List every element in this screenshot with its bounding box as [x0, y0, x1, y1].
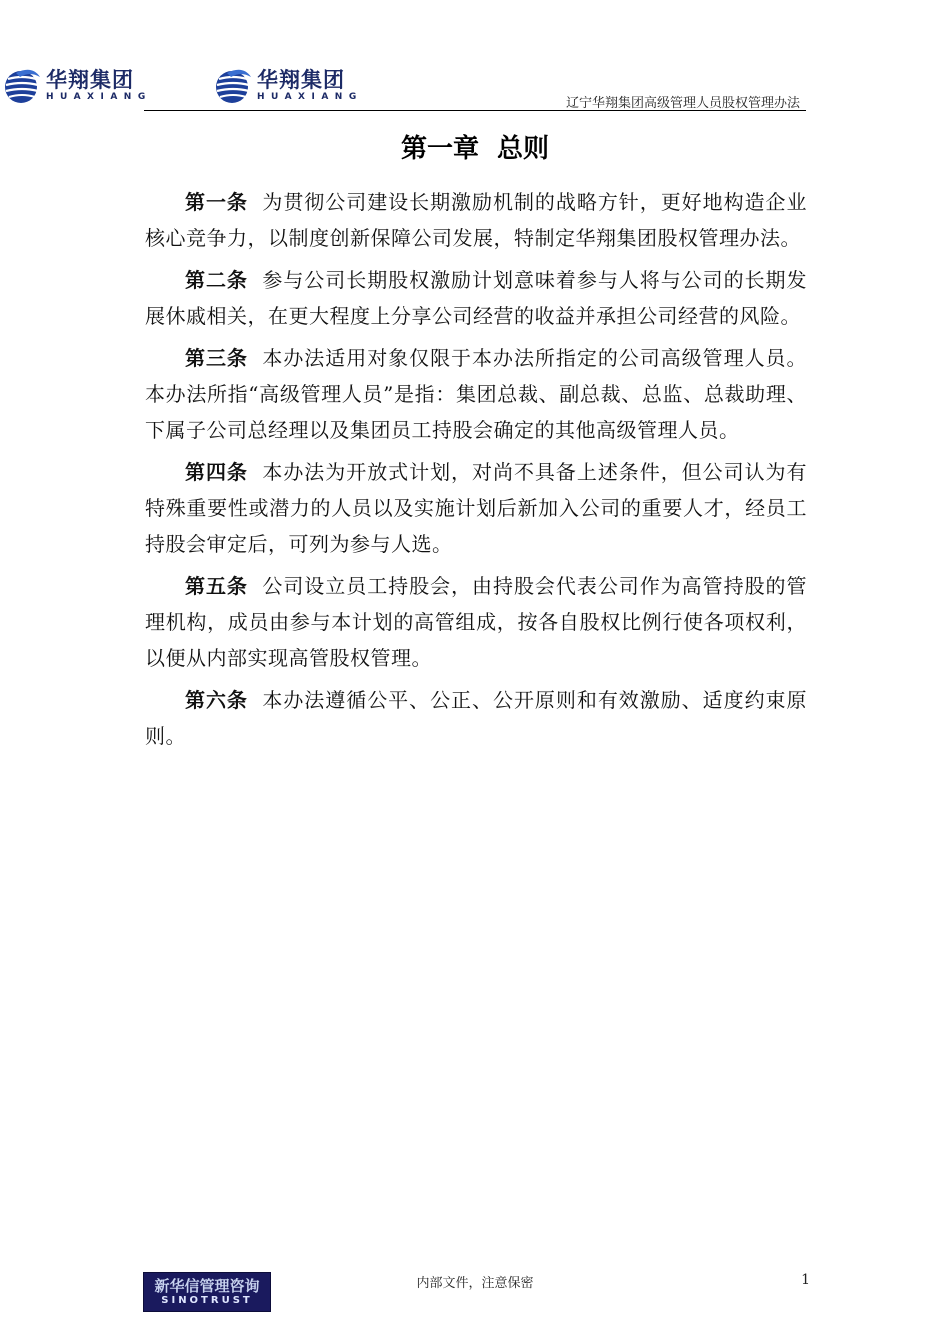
logo-cn-text: 华翔集团 [46, 70, 152, 91]
article-number: 第三条 [185, 346, 248, 370]
article-number: 第二条 [185, 268, 248, 292]
logo-cn-text: 华翔集团 [257, 70, 363, 91]
globe-swoosh-icon [213, 67, 253, 105]
sinotrust-logo: 新华信管理咨询 SINOTRUST [143, 1272, 271, 1312]
article-number: 第五条 [185, 574, 248, 598]
confidentiality-note: 内部文件，注意保密 [380, 1272, 570, 1291]
article-3: 第三条本办法适用对象仅限于本办法所指定的公司高级管理人员。本办法所指“高级管理人… [145, 340, 807, 448]
chapter-title: 第一章 总则 [0, 128, 950, 165]
footer-logo-cn: 新华信管理咨询 [154, 1277, 259, 1295]
logo-en-text: HUAXIANG [257, 93, 363, 102]
header-rule [144, 110, 806, 111]
huaxiang-logo: 华翔集团 HUAXIANG [2, 66, 152, 106]
globe-swoosh-icon [2, 67, 42, 105]
page-number: 1 [790, 1272, 810, 1288]
article-list: 第一条为贯彻公司建设长期激励机制的战略方针，更好地构造企业核心竞争力，以制度创新… [145, 184, 807, 760]
running-header-title: 辽宁华翔集团高级管理人员股权管理办法 [470, 92, 800, 111]
article-number: 第六条 [185, 688, 248, 712]
article-1: 第一条为贯彻公司建设长期激励机制的战略方针，更好地构造企业核心竞争力，以制度创新… [145, 184, 807, 256]
article-number: 第四条 [185, 460, 248, 484]
logo-en-text: HUAXIANG [46, 93, 152, 102]
article-5: 第五条公司设立员工持股会，由持股会代表公司作为高管持股的管理机构，成员由参与本计… [145, 568, 807, 676]
article-4: 第四条本办法为开放式计划，对尚不具备上述条件，但公司认为有特殊重要性或潜力的人员… [145, 454, 807, 562]
article-6: 第六条本办法遵循公平、公正、公开原则和有效激励、适度约束原则。 [145, 682, 807, 754]
huaxiang-logo-secondary: 华翔集团 HUAXIANG [213, 66, 363, 106]
article-2: 第二条参与公司长期股权激励计划意味着参与人将与公司的长期发展休戚相关，在更大程度… [145, 262, 807, 334]
footer-logo-en: SINOTRUST [161, 1295, 252, 1307]
article-number: 第一条 [185, 190, 248, 214]
